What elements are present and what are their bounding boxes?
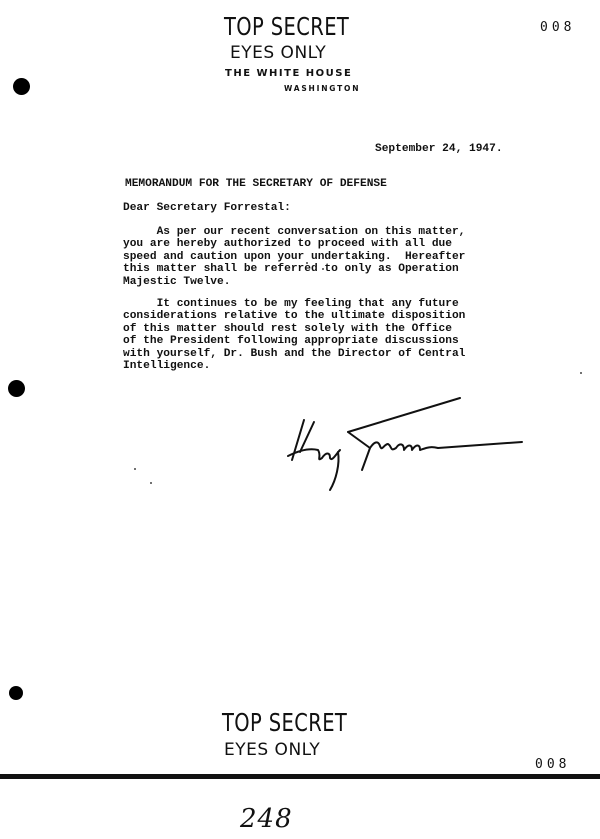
memo-subject: MEMORANDUM FOR THE SECRETARY OF DEFENSE	[125, 178, 387, 190]
eyes-only-stamp-top: EYES ONLY	[230, 43, 326, 63]
punch-hole-middle	[8, 380, 25, 397]
memo-line: with yourself, Dr. Bush and the Director…	[123, 348, 465, 360]
signature	[270, 390, 540, 500]
memo-line: of this matter should rest solely with t…	[123, 323, 465, 335]
memo-line: you are hereby authorized to proceed wit…	[123, 238, 465, 250]
classification-stamp-bottom: TOP SECRET	[222, 708, 347, 737]
memo-salutation: Dear Secretary Forrestal:	[123, 202, 291, 214]
handwritten-page-number: 248	[240, 804, 293, 834]
speck	[134, 468, 136, 470]
punch-hole-top	[13, 78, 30, 95]
punch-hole-bottom	[9, 686, 23, 700]
memo-line: this matter shall be referred to only as…	[123, 263, 465, 275]
memo-line: considerations relative to the ultimate …	[123, 310, 465, 322]
page-code-top: 008	[540, 20, 575, 35]
letterhead-title: THE WHITE HOUSE	[225, 68, 352, 79]
letterhead-location: WASHINGTON	[284, 84, 360, 93]
memo-line: It continues to be my feeling that any f…	[123, 298, 465, 310]
page-code-bottom: 008	[535, 757, 570, 772]
memo-line: Majestic Twelve.	[123, 276, 465, 288]
speck	[150, 482, 152, 484]
classification-stamp-top: TOP SECRET	[224, 12, 349, 41]
speck	[306, 262, 308, 264]
eyes-only-stamp-bottom: EYES ONLY	[224, 740, 320, 760]
memo-line: Intelligence.	[123, 360, 465, 372]
speck	[580, 372, 582, 374]
memo-date: September 24, 1947.	[375, 143, 503, 155]
memo-line: As per our recent conversation on this m…	[123, 226, 465, 238]
memo-paragraph-1: As per our recent conversation on this m…	[123, 226, 465, 288]
memo-line: speed and caution upon your undertaking.…	[123, 251, 465, 263]
memo-paragraph-2: It continues to be my feeling that any f…	[123, 298, 465, 372]
memo-line: of the President following appropriate d…	[123, 335, 465, 347]
footer-rule	[0, 774, 600, 779]
speck	[322, 268, 324, 270]
